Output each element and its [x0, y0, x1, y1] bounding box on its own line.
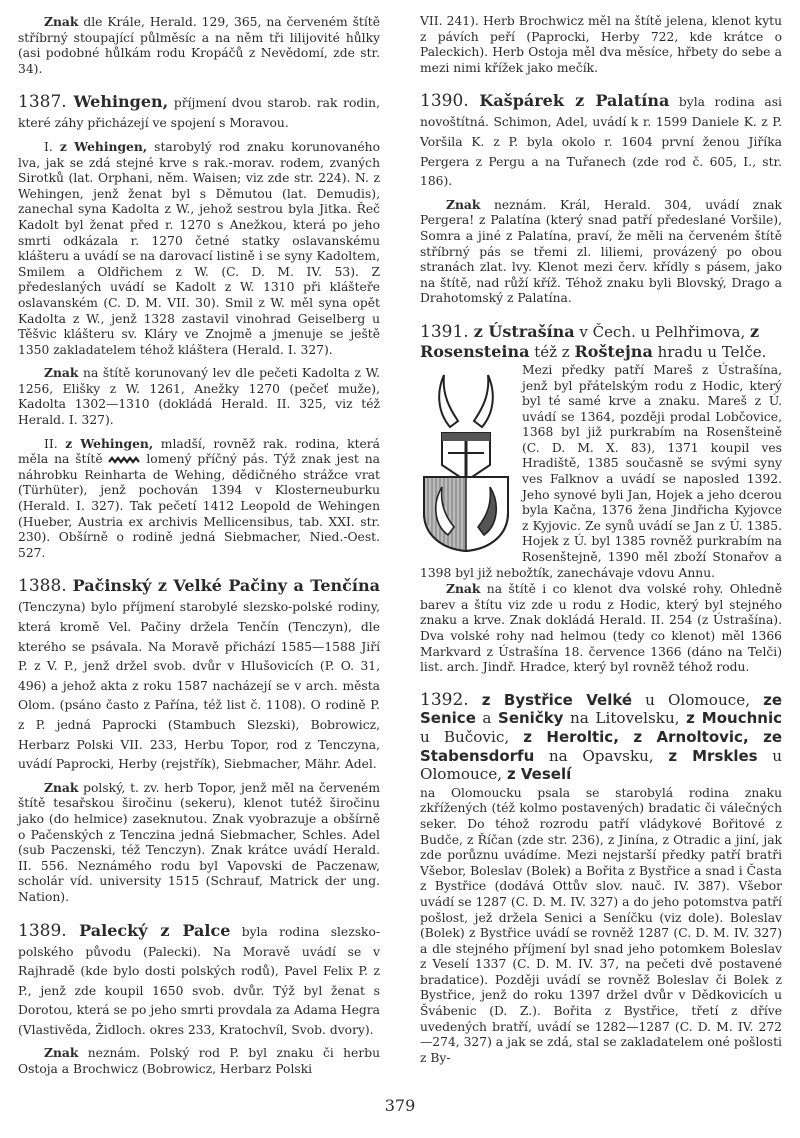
- znak-label: Znak: [446, 581, 480, 596]
- wavy-line-icon: [108, 456, 140, 464]
- entry-number: 1390.: [420, 91, 469, 111]
- paragraph-znak-1389: Znak neznám. Polský rod P. byl znaku či …: [18, 1045, 380, 1077]
- entry-1391-heading: 1391. z Ústrašína v Čech. u Pelhřimova, …: [420, 322, 782, 361]
- entry-title-part: Roštejna: [574, 342, 652, 361]
- entry-1390-heading: 1390. Kašpárek z Palatína byla rodina as…: [420, 91, 782, 189]
- znak-label: Znak: [44, 14, 78, 29]
- entry-1388-heading: 1388. Pačinský z Velké Pačiny a Tenčína …: [18, 576, 380, 772]
- znak-label: Znak: [44, 1045, 78, 1060]
- paragraph-znak-1391: Znak na štítě i co klenot dva volské roh…: [420, 581, 782, 676]
- entry-title: Wehingen,: [73, 92, 168, 111]
- znak-label: Znak: [44, 365, 78, 380]
- znak-label: Znak: [44, 780, 78, 795]
- entry-number: 1388.: [18, 576, 67, 596]
- paragraph-znak-1388: Znak polský, t. zv. herb Topor, jenž měl…: [18, 780, 380, 906]
- paragraph-continuation: VII. 241). Herb Brochwicz měl na štítě j…: [420, 14, 782, 76]
- paragraph-1387-i: I. z Wehingen, starobylý rod znaku korun…: [18, 139, 380, 358]
- entry-number: 1391.: [420, 322, 469, 342]
- entry-1389-heading: 1389. Palecký z Palce byla rodina slezsk…: [18, 921, 380, 1039]
- entry-title-part: z Ústrašína: [474, 322, 575, 341]
- entry-1391-body: Mezi předky patří Mareš z Ústrašína, jen…: [420, 363, 782, 581]
- coat-of-arms-illustration: [420, 365, 512, 553]
- entry-title: Kašpárek z Palatína: [479, 91, 669, 110]
- znak-label: Znak: [446, 197, 480, 212]
- entry-number: 1392.: [420, 690, 469, 710]
- paragraph-znak-1387-i: Znak na štítě korunovaný lev dle pečeti …: [18, 365, 380, 428]
- entry-number: 1387.: [18, 92, 67, 112]
- page-number: 379: [0, 1096, 800, 1115]
- entry-1392-heading: 1392. z Bystřice Velké u Olomouce, ze Se…: [420, 691, 782, 784]
- entry-title: Palecký z Palce: [79, 921, 230, 940]
- entry-title: Pačinský z Velké Pačiny a Tenčína: [73, 576, 380, 595]
- right-column: VII. 241). Herb Brochwicz měl na štítě j…: [420, 14, 782, 1084]
- entry-number: 1389.: [18, 921, 67, 941]
- paragraph-1392: na Olomoucku psala se starobylá rodina z…: [420, 786, 782, 1067]
- paragraph-znak-1386: Znak dle Krále, Herald. 129, 365, na čer…: [18, 14, 380, 77]
- paragraph-znak-1390: Znak neznám. Král, Herald. 304, uvádí zn…: [420, 197, 782, 307]
- entry-1387-heading: 1387. Wehingen, příjmení dvou starob. ra…: [18, 92, 380, 132]
- left-column: Znak dle Krále, Herald. 129, 365, na čer…: [18, 14, 380, 1084]
- paragraph-1387-ii: II. z Wehingen, mladší, rovněž rak. rodi…: [18, 436, 380, 562]
- book-page: Znak dle Krále, Herald. 129, 365, na čer…: [18, 14, 782, 1084]
